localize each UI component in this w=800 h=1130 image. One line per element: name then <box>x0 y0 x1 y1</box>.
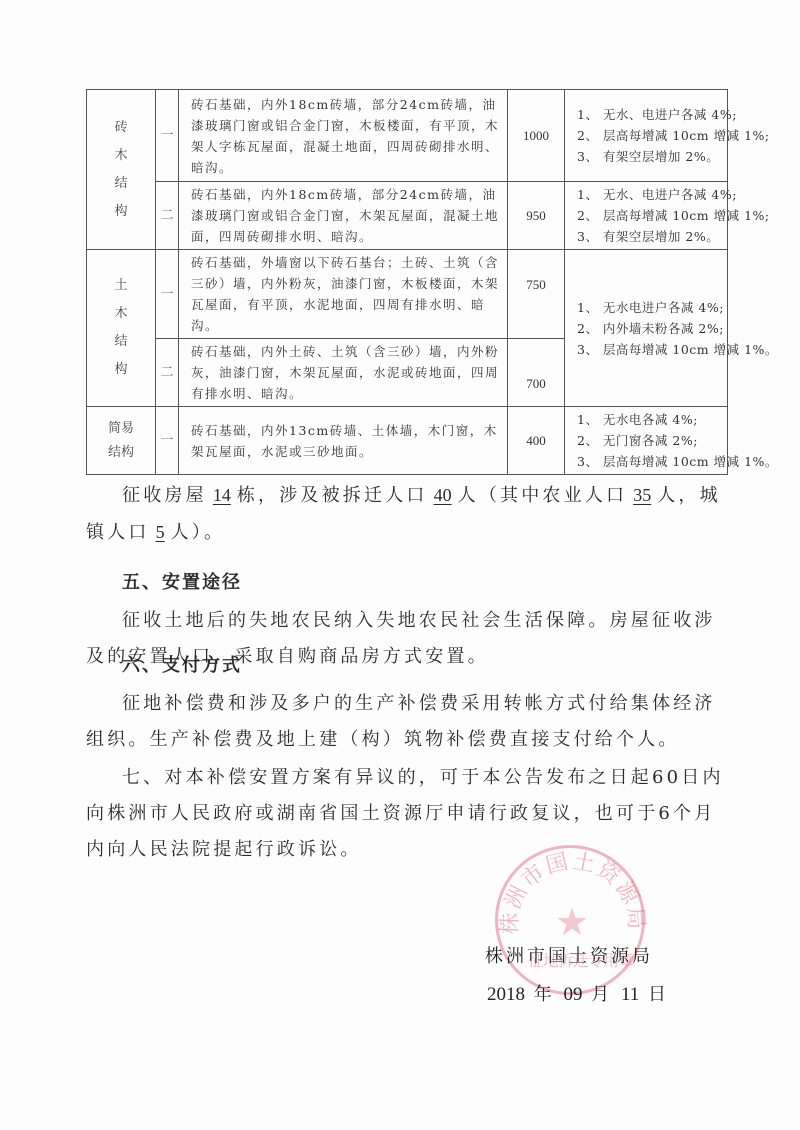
structure-type-label: 简易 结构 <box>108 417 134 465</box>
type-char: 木 <box>114 306 127 321</box>
note-item: 1、 无水电各减 4%; <box>577 409 721 430</box>
note-item: 2、 无门窗各减 2%; <box>577 430 721 451</box>
document-page: 砖 木 结 构 一 砖石基础，内外18cm砖墙，部分24cm砖墙，油漆玻璃门窗或… <box>0 0 800 1130</box>
description-cell: 砖石基础，内外土砖、土筑（含三砂）墙，内外粉灰，油漆门窗，木架瓦屋面，水泥或砖地… <box>179 339 508 407</box>
description-cell: 砖石基础，内外13cm砖墙、土体墙，木门窗，木架瓦屋面，水泥或三砂地面。 <box>179 407 508 475</box>
urban-count: 5 <box>150 522 171 542</box>
people-count: 40 <box>428 485 458 505</box>
section-5-heading: 五、安置途径 <box>122 565 242 601</box>
date-month: 09 <box>563 984 582 1005</box>
compensation-standard-table: 砖 木 结 构 一 砖石基础，内外18cm砖墙，部分24cm砖墙，油漆玻璃门窗或… <box>86 89 728 475</box>
grade-cell: 一 <box>156 250 179 339</box>
structure-type-cell: 土 木 结 构 <box>87 250 156 407</box>
table-row: 土 木 结 构 一 砖石基础，外墙窗以下砖石基台；土砖、土筑（含三砂）墙，内外粉… <box>87 250 728 339</box>
description-cell: 砖石基础，内外18cm砖墙，部分24cm砖墙，油漆玻璃门窗或铝合金门窗，木板楼面… <box>179 90 508 182</box>
summary-text: 人（其中农业人口 <box>458 485 628 506</box>
note-item: 3、 层高每增减 10cm 增减 1%。 <box>577 339 721 360</box>
description-cell: 砖石基础，外墙窗以下砖石基台；土砖、土筑（含三砂）墙，内外粉灰，油漆门窗，木板楼… <box>179 250 508 339</box>
note-item: 1、 无水、电进户各减 4%; <box>577 184 721 205</box>
table-row: 砖 木 结 构 一 砖石基础，内外18cm砖墙，部分24cm砖墙，油漆玻璃门窗或… <box>87 90 728 182</box>
note-item: 2、 层高每增减 10cm 增减 1%; <box>577 205 721 226</box>
note-item: 3、 有架空层增加 2%。 <box>577 226 721 247</box>
structure-type-cell: 简易 结构 <box>87 407 156 475</box>
type-char: 土 <box>114 278 127 293</box>
type-char: 结 <box>114 176 127 191</box>
type-char: 结 <box>114 334 127 349</box>
structure-type-cell: 砖 木 结 构 <box>87 90 156 250</box>
price-cell: 1000 <box>508 90 565 182</box>
summary-paragraph: 征收房屋14栋，涉及被拆迁人口40人（其中农业人口35人，城镇人口5人）。 <box>86 477 726 551</box>
star-icon: ★ <box>555 900 589 944</box>
structure-type-label: 土 木 结 构 <box>113 272 129 384</box>
summary-text: 征收房屋 <box>122 485 207 506</box>
table-row: 简易 结构 一 砖石基础，内外13cm砖墙、土体墙，木门窗，木架瓦屋面，水泥或三… <box>87 407 728 475</box>
type-char: 木 <box>114 148 127 163</box>
note-item: 2、 内外墙未粉各减 2%; <box>577 318 721 339</box>
notes-cell: 1、 无水电各减 4%; 2、 无门窗各减 2%; 3、 层高每增减 10cm … <box>565 407 728 475</box>
date-unit: 日 <box>648 984 669 1005</box>
grade-cell: 一 <box>156 90 179 182</box>
summary-text: 人）。 <box>171 522 226 543</box>
notes-cell: 1、 无水、电进户各减 4%; 2、 层高每增减 10cm 增减 1%; 3、 … <box>565 182 728 250</box>
date-unit: 年 <box>534 984 555 1005</box>
houses-count: 14 <box>207 485 237 505</box>
issuing-organization: 株洲市国土资源局 <box>485 942 653 972</box>
date-unit: 月 <box>591 984 612 1005</box>
agri-count: 35 <box>627 485 657 505</box>
notes-cell: 1、 无水、电进户各减 4%; 2、 层高每增减 10cm 增减 1%; 3、 … <box>565 90 728 182</box>
price-cell: 950 <box>508 182 565 250</box>
note-item: 3、 有架空层增加 2%。 <box>577 146 721 167</box>
note-item: 2、 层高每增减 10cm 增减 1%; <box>577 125 721 146</box>
section-6-body: 征地补偿费和涉及多户的生产补偿费采用转帐方式付给集体经济组织。生产补偿费及地上建… <box>86 686 726 758</box>
description-cell: 砖石基础，内外18cm砖墙，部分24cm砖墙，油漆玻璃门窗或铝合金门窗，木架瓦屋… <box>179 182 508 250</box>
price-cell: 700 <box>508 339 565 407</box>
section-6-heading: 六、支付方式 <box>122 648 242 684</box>
notes-cell: 1、 无水电进户各减 4%; 2、 内外墙未粉各减 2%; 3、 层高每增减 1… <box>565 250 728 407</box>
grade-cell: 二 <box>156 339 179 407</box>
type-line: 结构 <box>108 445 134 460</box>
date-year: 2018 <box>487 984 525 1005</box>
summary-text: 栋，涉及被拆迁人口 <box>237 485 428 506</box>
type-char: 构 <box>114 204 127 219</box>
issue-date: 2018 年 09 月 11 日 <box>487 980 669 1010</box>
price-cell: 750 <box>508 250 565 339</box>
note-item: 3、 层高每增减 10cm 增减 1%。 <box>577 451 721 472</box>
summary-text: 人， <box>657 485 699 506</box>
grade-cell: 一 <box>156 407 179 475</box>
type-line: 简易 <box>108 421 134 436</box>
price-cell: 400 <box>508 407 565 475</box>
official-seal: 株洲市国土资源局 ★ 征地拆迁专用章 <box>495 845 645 995</box>
grade-cell: 二 <box>156 182 179 250</box>
structure-type-label: 砖 木 结 构 <box>113 114 129 226</box>
type-char: 砖 <box>114 120 127 135</box>
note-item: 1、 无水电进户各减 4%; <box>577 297 721 318</box>
table-row: 二 砖石基础，内外18cm砖墙，部分24cm砖墙，油漆玻璃门窗或铝合金门窗，木架… <box>87 182 728 250</box>
type-char: 构 <box>114 362 127 377</box>
note-item: 1、 无水、电进户各减 4%; <box>577 104 721 125</box>
date-day: 11 <box>621 984 639 1005</box>
